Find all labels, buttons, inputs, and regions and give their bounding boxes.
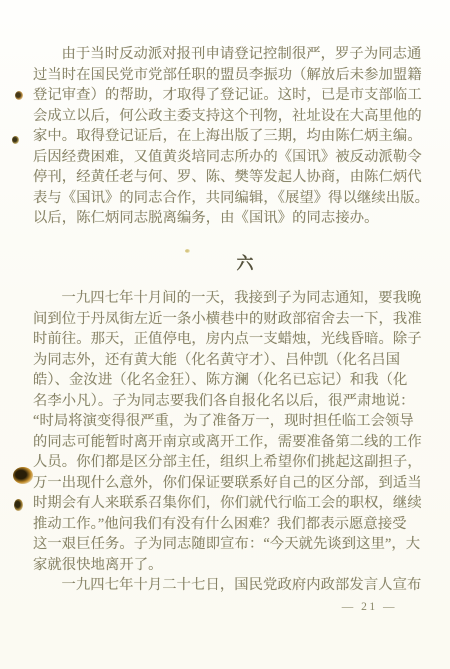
paper-stain <box>12 136 19 144</box>
text-line: 一九四七年十月间的一天，我接到子为同志通知，要我晚 <box>33 288 419 309</box>
text-line: 万一出现什么意外，你们保证要联系好自己的区分部，到适当 <box>33 473 419 494</box>
text-line: 一九四七年十月二十七日，国民党政府内政部发言人宣布 <box>33 575 419 596</box>
text-line: 皓）、金汝进（化名金狂）、陈方澜（化名已忘记）和我（化 <box>33 370 419 391</box>
text-line: 时期会有人来联系召集你们，你们就代行临工会的职权，继续 <box>33 493 419 514</box>
section-number-heading: 六 <box>52 253 438 275</box>
paper-stain <box>185 249 190 253</box>
text-line: 后因经费困难，又值黄炎培同志所办的《国讯》被反动派勒令 <box>33 147 419 168</box>
text-line: 家中。取得登记证后，在上海出版了三期，均由陈仁炳主编。 <box>33 126 419 147</box>
paper-stain <box>14 499 23 511</box>
text-line: 的同志可能暂时离开南京或离开工作，需要准备第二线的工作 <box>33 432 419 453</box>
text-line: 为同志外，还有黄大能（化名黄守才）、吕仲凯（化名吕国 <box>33 350 419 371</box>
text-line: 名李小凡）。子为同志要我们各自报化名以后，很严肃地说： <box>33 391 419 412</box>
text-line: 家就很快地离开了。 <box>33 555 419 576</box>
text-line: 过当时在国民党市党部任职的盟员李振功（解放后未参加盟籍 <box>33 65 419 86</box>
text-line: “时局将演变得很严重，为了准备万一，现时担任临工会领导 <box>33 411 419 432</box>
text-line: 时前往。那天，正值停电，房内点一支蜡烛，光线昏暗。除子 <box>33 329 419 350</box>
text-line: 人员。你们都是区分部主任，组织上希望你们挑起这副担子， <box>33 452 419 473</box>
text-line: 由于当时反动派对报刊申请登记控制很严，罗子为同志通 <box>33 44 419 65</box>
paper-stain <box>15 91 23 100</box>
text-line: 会成立以后，何公政主委支持这个刊物，社址设在大高里他的 <box>33 106 419 127</box>
text-line: 推动工作。”他问我们有没有什么困难？我们都表示愿意接受 <box>33 514 419 535</box>
paragraph: 一九四七年十月间的一天，我接到子为同志通知，要我晚间到位于丹凤街左近一条小横巷中… <box>33 288 419 575</box>
scanned-book-page: 由于当时反动派对报刊申请登记控制很严，罗子为同志通过当时在国民党市党部任职的盟员… <box>0 0 450 669</box>
paper-stain <box>13 467 33 484</box>
text-line: 间到位于丹凤街左近一条小横巷中的财政部宿舍去一下，我准 <box>33 309 419 330</box>
text-line: 登记审查）的帮助，才取得了登记证。这时，已是市支部临工 <box>33 85 419 106</box>
paragraph: 由于当时反动派对报刊申请登记控制很严，罗子为同志通过当时在国民党市党部任职的盟员… <box>33 44 419 229</box>
page-number: — 21 — <box>342 601 397 613</box>
text-line: 以后，陈仁炳同志脱离编务，由《国讯》的同志接办。 <box>33 208 419 229</box>
paragraph: 一九四七年十月二十七日，国民党政府内政部发言人宣布 <box>33 575 419 596</box>
text-line: 这一艰巨任务。子为同志随即宣布：“今天就先谈到这里”，大 <box>33 534 419 555</box>
text-line: 停刊，经黄任老与何、罗、陈、樊等发起人协商，由陈仁炳代 <box>33 167 419 188</box>
text-line: 表与《国讯》的同志合作，共同编辑，《展望》得以继续出版。 <box>33 188 419 209</box>
